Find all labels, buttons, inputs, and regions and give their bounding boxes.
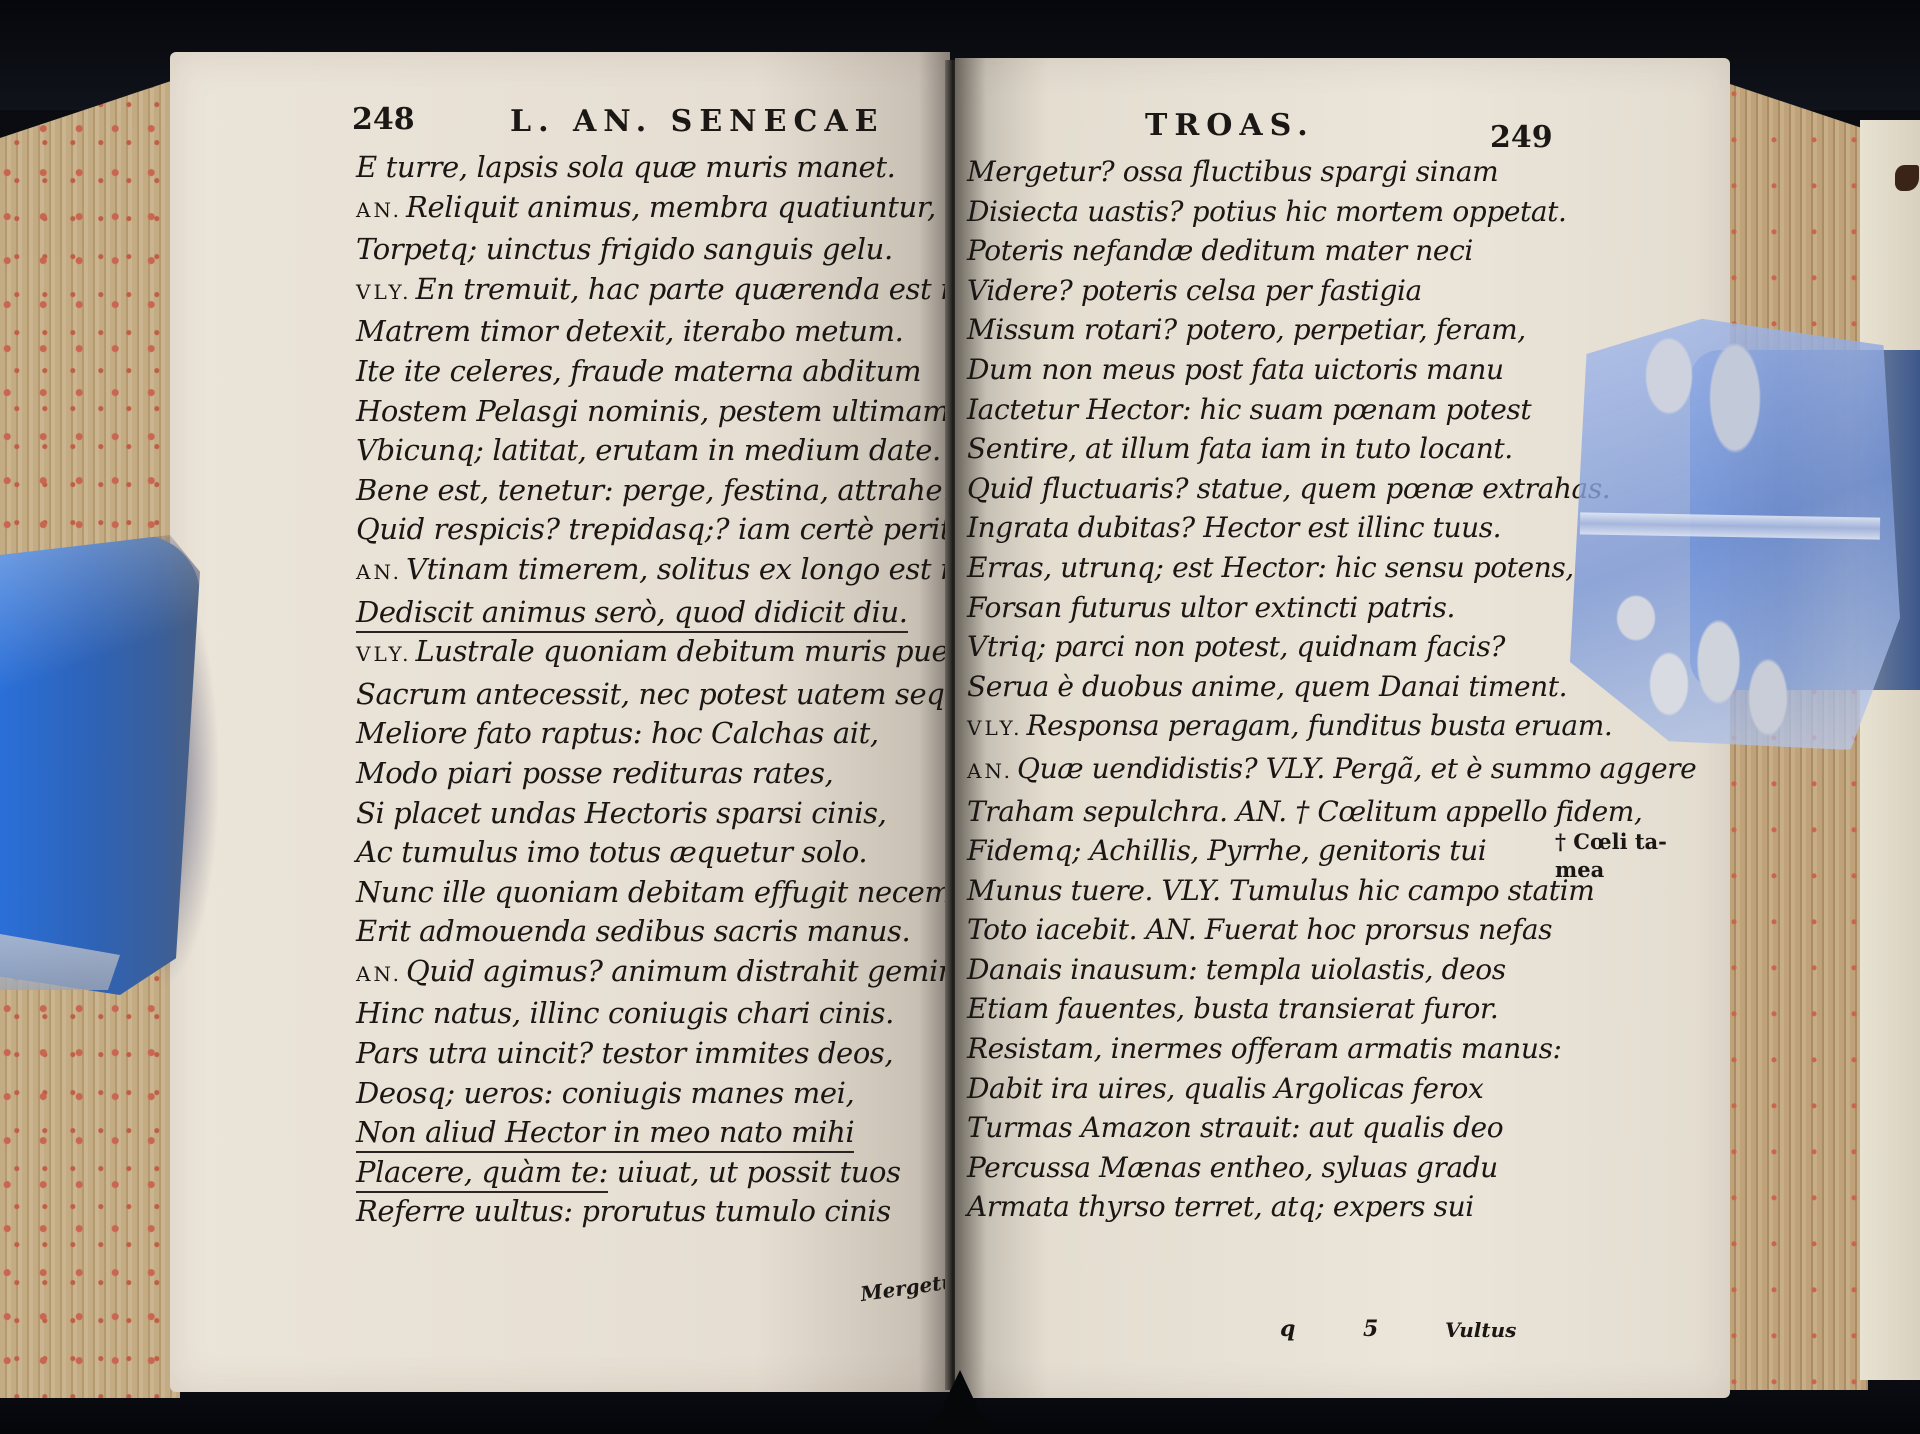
margin-note-line: mea: [1555, 856, 1667, 884]
left-page: 248 L. AN. SENECAE E turre, lapsis sola …: [170, 52, 950, 1392]
verse-line: Toto iacebit. AN. Fuerat hoc prorsus nef…: [967, 910, 1696, 950]
line-text: Lustrale quoniam debitum muris puer: [415, 634, 961, 668]
speaker-label: VLY.: [967, 716, 1022, 740]
line-text: Armata thyrso terret, atq; expers sui: [967, 1190, 1474, 1223]
cover-corner: [1895, 165, 1919, 191]
verse-line: Mergetur? ossa fluctibus spargi sinam: [967, 152, 1696, 192]
line-text: Etiam fauentes, busta transierat furor.: [967, 992, 1498, 1025]
line-text: Fidemq; Achillis, Pyrrhe, genitoris tui: [967, 834, 1486, 867]
line-text: Dediscit animus serò, quod didicit diu.: [356, 595, 908, 633]
underlined-text: Placere, quàm te:: [356, 1155, 608, 1193]
line-text: Serua è duobus anime, quem Danai timent.: [967, 670, 1567, 703]
verse-line: Traham sepulchra. AN. † Cœlitum appello …: [967, 792, 1696, 832]
line-text: Danais inausum: templa uiolastis, deos: [967, 953, 1506, 986]
line-text: Traham sepulchra. AN. † Cœlitum appello …: [967, 795, 1642, 828]
verse-line: Dabit ira uires, qualis Argolicas ferox: [967, 1069, 1696, 1109]
line-text: Ac tumulus imo totus æquetur solo.: [356, 835, 867, 869]
speaker-label: AN.: [356, 962, 402, 986]
line-text: Percussa Mænas entheo, syluas gradu: [967, 1151, 1498, 1184]
line-text: Matrem timor detexit, iterabo metum.: [356, 314, 903, 348]
line-text: Forsan futurus ultor extincti patris.: [967, 591, 1455, 624]
running-head: L. AN. SENECAE: [510, 104, 885, 139]
page-number: 248: [352, 102, 415, 137]
line-text: E turre, lapsis sola quæ muris manet.: [356, 150, 895, 184]
speaker-label: VLY.: [356, 642, 411, 666]
line-text: Vtinam timerem, solitus ex longo est met…: [406, 552, 1037, 586]
blue-book-weight-left: [0, 535, 200, 995]
line-text: Disiecta uastis? potius hic mortem oppet…: [967, 195, 1567, 228]
verse-line: AN.Quæ uendidistis? VLY. Pergã, et è sum…: [967, 749, 1696, 792]
catchword: Vultus: [1445, 1318, 1516, 1342]
line-text: Erit admouenda sedibus sacris manus.: [356, 914, 910, 948]
line-text: Dabit ira uires, qualis Argolicas ferox: [967, 1072, 1483, 1105]
back-board: [1860, 120, 1920, 1380]
photo-scene: 248 L. AN. SENECAE E turre, lapsis sola …: [0, 0, 1920, 1434]
line-text: Resistam, inermes offeram armatis manus:: [967, 1032, 1562, 1065]
line-text: Responsa peragam, funditus busta eruam.: [1026, 709, 1612, 742]
line-text: Toto iacebit. AN. Fuerat hoc prorsus nef…: [967, 913, 1552, 946]
verse-line: Resistam, inermes offeram armatis manus:: [967, 1029, 1696, 1069]
signature-mark: q 5: [1280, 1316, 1408, 1342]
speaker-label: AN.: [356, 198, 402, 222]
line-text: Ite ite celeres, fraude materna abditum: [356, 354, 921, 388]
line-text: Sacrum antecessit, nec potest uatem sequ…: [356, 677, 972, 711]
line-text: Videre? poteris celsa per fastigia: [967, 274, 1422, 307]
line-text: Mergetur? ossa fluctibus spargi sinam: [967, 155, 1498, 188]
verse-line: Armata thyrso terret, atq; expers sui: [967, 1187, 1696, 1227]
page-number: 249: [1490, 120, 1553, 155]
verse-line: Disiecta uastis? potius hic mortem oppet…: [967, 192, 1696, 232]
margin-note-line: † Cœli ta-: [1555, 828, 1667, 856]
line-text: Modo piari posse redituras rates,: [356, 756, 833, 790]
line-text: Sentire, at illum fata iam in tuto locan…: [967, 432, 1513, 465]
line-text: Deosq; ueros: coniugis manes mei,: [356, 1076, 854, 1110]
running-head: TROAS.: [1145, 108, 1315, 143]
verse-line: Percussa Mænas entheo, syluas gradu: [967, 1148, 1696, 1188]
line-text: uiuat, ut possit tuos: [608, 1155, 901, 1189]
line-text: Hinc natus, illinc coniugis chari cinis.: [356, 996, 894, 1030]
line-text: Torpetq; uinctus frigido sanguis gelu.: [356, 232, 893, 266]
verse-line: Etiam fauentes, busta transierat furor.: [967, 989, 1696, 1029]
line-text: Erras, utrunq; est Hector: hic sensu pot…: [967, 551, 1574, 584]
line-text: Nunc ille quoniam debitam effugit necem,: [356, 875, 960, 909]
line-text: Vbicunq; latitat, erutam in medium date.: [356, 433, 941, 467]
line-text: Iactetur Hector: hic suam pœnam potest: [967, 393, 1531, 426]
line-text: Hostem Pelasgi nominis, pestem ultimam,: [356, 394, 958, 428]
line-text: Quid respicis? trepidasq;? iam certè per…: [356, 512, 960, 546]
line-text: Dum non meus post fata uictoris manu: [967, 353, 1504, 386]
verse-line: Danais inausum: templa uiolastis, deos: [967, 950, 1696, 990]
speaker-label: VLY.: [356, 280, 411, 304]
verse-line: Videre? poteris celsa per fastigia: [967, 271, 1696, 311]
line-text: Vtriq; parci non potest, quidnam facis?: [967, 630, 1505, 663]
line-text: Missum rotari? potero, perpetiar, feram,: [967, 313, 1526, 346]
line-text: Ingrata dubitas? Hector est illinc tuus.: [967, 511, 1501, 544]
line-text: Pars utra uincit? testor immites deos,: [356, 1036, 893, 1070]
line-text: En tremuit, hac parte quærenda est mihi:: [415, 272, 1012, 306]
verse-line: Poteris nefandæ deditum mater neci: [967, 231, 1696, 271]
margin-note: † Cœli ta- mea: [1555, 828, 1667, 884]
line-text: Referre uultus: prorutus tumulo cinis: [356, 1194, 891, 1228]
line-text: Si placet undas Hectoris sparsi cinis,: [356, 796, 886, 830]
line-text: Poteris nefandæ deditum mater neci: [967, 234, 1473, 267]
speaker-label: AN.: [967, 759, 1013, 783]
line-text: Turmas Amazon strauit: aut qualis deo: [967, 1111, 1503, 1144]
line-text: Meliore fato raptus: hoc Calchas ait,: [356, 716, 879, 750]
bagged-book-weight-right: [1570, 310, 1920, 750]
line-text: Quæ uendidistis? VLY. Pergã, et è summo …: [1017, 752, 1696, 785]
line-text: Non aliud Hector in meo nato mihi: [356, 1115, 854, 1153]
verse-line: Turmas Amazon strauit: aut qualis deo: [967, 1108, 1696, 1148]
speaker-label: AN.: [356, 560, 402, 584]
line-text: Bene est, tenetur: perge, festina, attra…: [356, 473, 951, 507]
line-text: Quid fluctuaris? statue, quem pœnæ extra…: [967, 472, 1610, 505]
line-text: Munus tuere. VLY. Tumulus hic campo stat…: [967, 874, 1594, 907]
